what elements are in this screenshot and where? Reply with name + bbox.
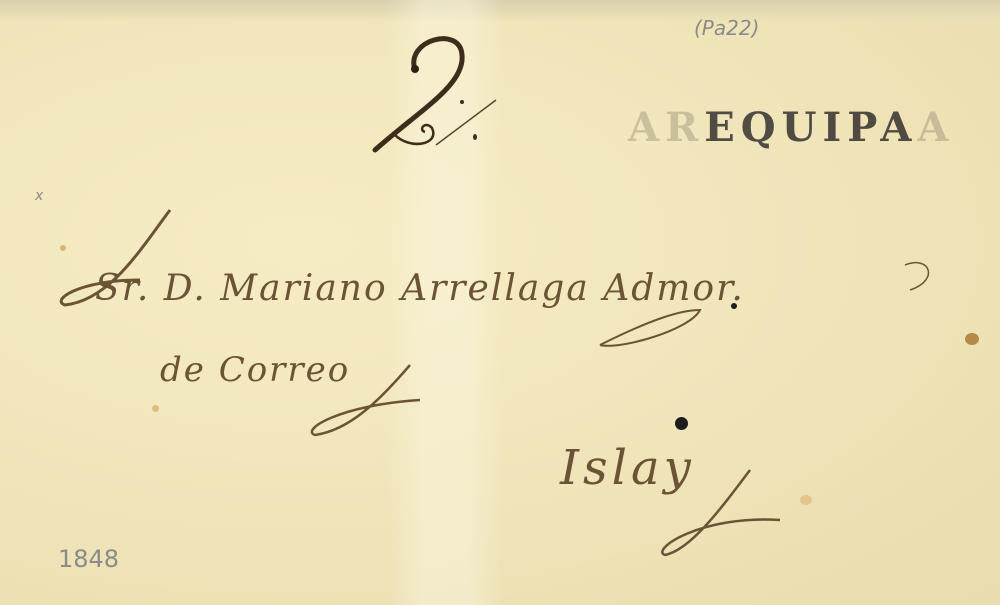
address-line-2: de Correo [160, 350, 350, 390]
address-line-1: Sr. D. Mariano Arrellaga Admor. [95, 268, 745, 309]
address-line-3: Islay [560, 440, 695, 496]
postal-cover: AREQUIPAA (Pa22) 1848 x Sr. D. Mariano A… [0, 0, 1000, 605]
